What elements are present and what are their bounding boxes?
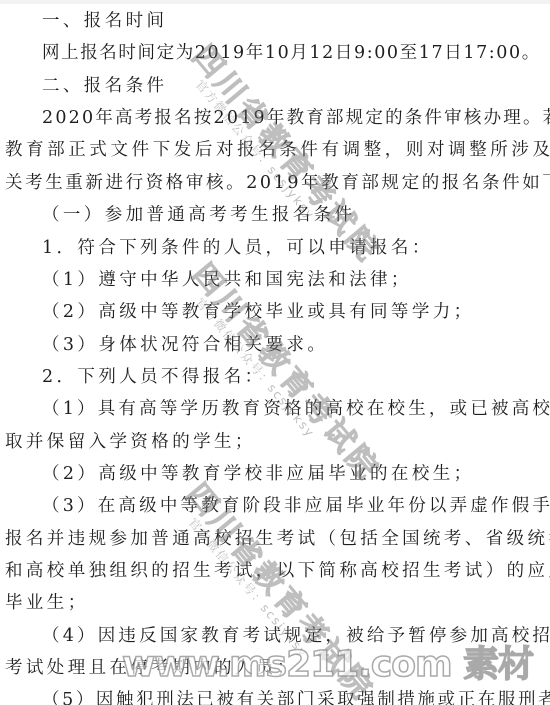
paragraph-line: 2020年高考报名按2019年教育部规定的条件审核办理。若 bbox=[42, 107, 550, 129]
list-item: （2）高级中等教育学校毕业或具有同等学力； bbox=[42, 301, 475, 323]
top-border bbox=[0, 0, 550, 4]
section-heading-registration-conditions: 二、报名条件 bbox=[42, 75, 167, 97]
paragraph-line: 教育部正式文件下发后对报名条件有调整，则对调整所涉及的相 bbox=[5, 139, 550, 161]
list-item: （2）高级中等教育学校非应届毕业的在校生； bbox=[42, 463, 475, 485]
list-item: （1）遵守中华人民共和国宪法和法律； bbox=[42, 269, 412, 291]
list-item: （5）因触犯刑法已被有关部门采取强制措施或正在服刑者。 bbox=[42, 689, 550, 705]
list-item: （1）具有高等学历教育资格的高校在校生，或已被高校录 bbox=[42, 398, 550, 420]
paragraph-line: 网上报名时间定为2019年10月12日9:00至17日17:00。 bbox=[42, 42, 541, 64]
list-item: （3）在高级中等教育阶段非应届毕业年份以弄虚作假手段 bbox=[42, 495, 550, 517]
list-item-continuation: 毕业生； bbox=[5, 592, 89, 614]
list-item-continuation: 报名并违规参加普通高校招生考试（包括全国统考、省级统考 bbox=[5, 528, 550, 550]
paragraph-line: 关考生重新进行资格审核。2019年教育部规定的报名条件如下： bbox=[5, 172, 550, 194]
list-item-continuation: 和高校单独组织的招生考试，以下简称高校招生考试）的应届 bbox=[5, 560, 550, 582]
list-heading: 1．符合下列条件的人员，可以申请报名： bbox=[42, 237, 433, 259]
list-heading: 2．下列人员不得报名： bbox=[42, 366, 266, 388]
watermark-site: www.ms211.com 素材 bbox=[122, 636, 533, 687]
list-item: （3）身体状况符合相关要求。 bbox=[42, 334, 328, 356]
subsection-heading: （一）参加普通高考考生报名条件 bbox=[42, 204, 356, 226]
list-item-continuation: 取并保留入学资格的学生； bbox=[5, 431, 256, 453]
section-heading-registration-time: 一、报名时间 bbox=[42, 10, 167, 32]
